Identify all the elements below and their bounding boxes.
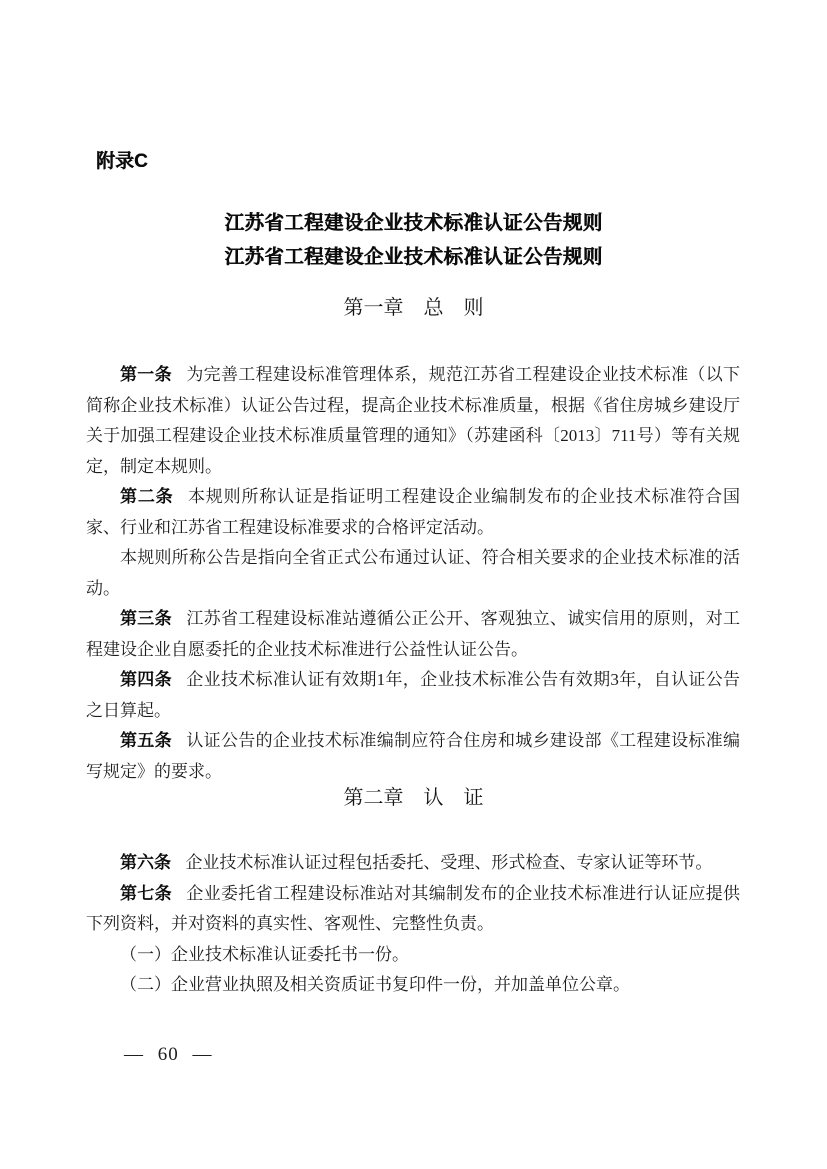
article-2-text: 本规则所称认证是指证明工程建设企业编制发布的企业技术标准符合国家、行业和江苏省工… (86, 487, 740, 537)
article-7-label: 第七条 (120, 884, 172, 903)
article-1-text: 为完善工程建设标准管理体系，规范江苏省工程建设企业技术标准（以下简称企业技术标准… (86, 365, 740, 476)
page-number: — 60 — (124, 1044, 213, 1066)
document-title-line1: 江苏省工程建设企业技术标准认证公告规则 (0, 206, 827, 240)
article-1-paragraph: 第一条为完善工程建设标准管理体系，规范江苏省工程建设企业技术标准（以下简称企业技… (86, 360, 740, 482)
article-5-label: 第五条 (120, 731, 172, 750)
article-7-item-2-text: （二）企业营业执照及相关资质证书复印件一份，并加盖单位公章。 (120, 975, 630, 994)
article-5-paragraph: 第五条认证公告的企业技术标准编制应符合住房和城乡建设部《工程建设标准编写规定》的… (86, 726, 740, 787)
article-7-text: 企业委托省工程建设标准站对其编制发布的企业技术标准进行认证应提供下列资料，并对资… (86, 884, 740, 934)
article-4-text: 企业技术标准认证有效期1年，企业技术标准公告有效期3年，自认证公告之日算起。 (86, 670, 740, 720)
article-3-paragraph: 第三条江苏省工程建设标准站遵循公正公开、客观独立、诚实信用的原则，对工程建设企业… (86, 604, 740, 665)
article-7-item-1: （一）企业技术标准认证委托书一份。 (86, 940, 740, 971)
article-4-paragraph: 第四条企业技术标准认证有效期1年，企业技术标准公告有效期3年，自认证公告之日算起… (86, 665, 740, 726)
document-page: 附录C 江苏省工程建设企业技术标准认证公告规则 江苏省工程建设企业技术标准认证公… (0, 0, 827, 1169)
chapter-2-heading: 第二章 认 证 (0, 783, 827, 813)
article-7-item-1-text: （一）企业技术标准认证委托书一份。 (120, 945, 409, 964)
article-7-paragraph: 第七条企业委托省工程建设标准站对其编制发布的企业技术标准进行认证应提供下列资料，… (86, 879, 740, 940)
article-3-text: 江苏省工程建设标准站遵循公正公开、客观独立、诚实信用的原则，对工程建设企业自愿委… (86, 609, 740, 659)
appendix-label: 附录C (96, 146, 148, 173)
article-7-item-2: （二）企业营业执照及相关资质证书复印件一份，并加盖单位公章。 (86, 970, 740, 1001)
article-6-text: 企业技术标准认证过程包括委托、受理、形式检查、专家认证等环节。 (185, 853, 712, 872)
article-4-label: 第四条 (120, 670, 172, 689)
document-title: 江苏省工程建设企业技术标准认证公告规则 江苏省工程建设企业技术标准认证公告规则 (0, 206, 827, 274)
article-2-label: 第二条 (120, 487, 174, 506)
chapter-1-heading: 第一章 总 则 (0, 293, 827, 323)
article-2-paragraph-2: 本规则所称公告是指向全省正式公布通过认证、符合相关要求的企业技术标准的活动。 (86, 543, 740, 604)
article-5-text: 认证公告的企业技术标准编制应符合住房和城乡建设部《工程建设标准编写规定》的要求。 (86, 731, 740, 781)
article-2-paragraph-2-text: 本规则所称公告是指向全省正式公布通过认证、符合相关要求的企业技术标准的活动。 (86, 548, 740, 598)
article-2-paragraph: 第二条本规则所称认证是指证明工程建设企业编制发布的企业技术标准符合国家、行业和江… (86, 482, 740, 543)
article-1-label: 第一条 (120, 365, 172, 384)
article-3-label: 第三条 (120, 609, 172, 628)
article-6-label: 第六条 (120, 853, 171, 872)
chapter-2-body: 第六条企业技术标准认证过程包括委托、受理、形式检查、专家认证等环节。 第七条企业… (86, 848, 740, 1001)
chapter-1-body: 第一条为完善工程建设标准管理体系，规范江苏省工程建设企业技术标准（以下简称企业技… (86, 360, 740, 787)
article-6-paragraph: 第六条企业技术标准认证过程包括委托、受理、形式检查、专家认证等环节。 (86, 848, 740, 879)
document-title-line2: 江苏省工程建设企业技术标准认证公告规则 (0, 240, 827, 274)
